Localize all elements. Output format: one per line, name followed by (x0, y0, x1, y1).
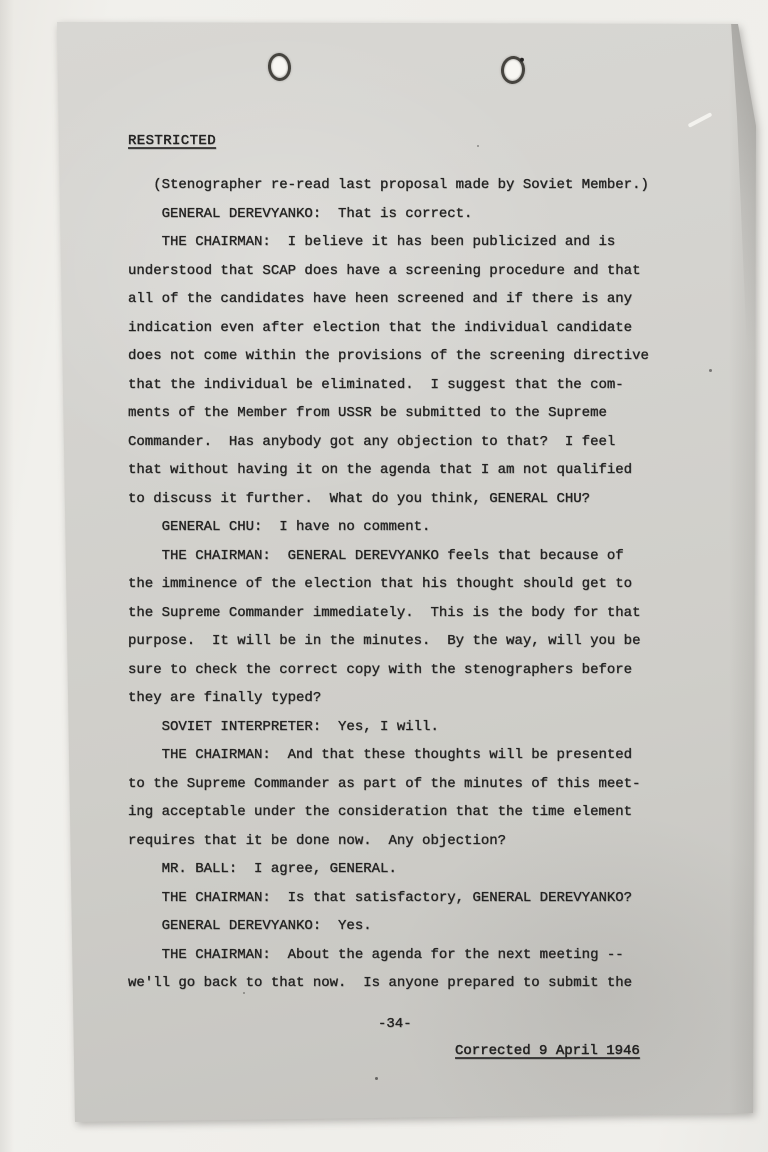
typed-line: SOVIET INTERPRETER: Yes, I will. (128, 713, 649, 742)
typed-line: that the individual be eliminated. I sug… (128, 371, 649, 400)
typed-line: requires that it be done now. Any object… (128, 827, 649, 856)
page-wrapper: RESTRICTED (Stenographer re-read last pr… (57, 22, 759, 1126)
dust-speck (375, 1077, 378, 1080)
typed-line: THE CHAIRMAN: I believe it has been publ… (128, 228, 649, 257)
typed-line: we'll go back to that now. Is anyone pre… (128, 969, 649, 998)
dust-speck (477, 145, 479, 147)
scan-edge-shading (0, 0, 14, 1152)
typed-line: understood that SCAP does have a screeni… (128, 257, 649, 286)
typed-line: indication even after election that the … (128, 314, 649, 343)
scanned-page: RESTRICTED (Stenographer re-read last pr… (57, 22, 757, 1124)
folded-corner-shading (717, 22, 757, 352)
typed-line: THE CHAIRMAN: Is that satisfactory, GENE… (128, 884, 649, 913)
typed-line: THE CHAIRMAN: About the agenda for the n… (128, 941, 649, 970)
typed-line: GENERAL CHU: I have no comment. (128, 513, 649, 542)
typed-line: (Stenographer re-read last proposal made… (128, 171, 649, 200)
typed-line: the Supreme Commander immediately. This … (128, 599, 649, 628)
typed-line: they are finally typed? (128, 684, 649, 713)
typed-line: to the Supreme Commander as part of the … (128, 770, 649, 799)
typed-line: all of the candidates have heen screened… (128, 285, 649, 314)
typed-line: ments of the Member from USSR be submitt… (128, 399, 649, 428)
paper-scratch (688, 112, 713, 128)
typed-line: MR. BALL: I agree, GENERAL. (128, 855, 649, 884)
typed-line: that without having it on the agenda tha… (128, 456, 649, 485)
typed-line: to discuss it further. What do you think… (128, 485, 649, 514)
typed-line: THE CHAIRMAN: And that these thoughts wi… (128, 741, 649, 770)
typed-line: ing acceptable under the consideration t… (128, 798, 649, 827)
typed-line: the imminence of the election that his t… (128, 570, 649, 599)
punch-hole-icon (500, 55, 526, 85)
classification-marking: RESTRICTED (128, 133, 216, 149)
typed-line: purpose. It will be in the minutes. By t… (128, 627, 649, 656)
scanned-document: RESTRICTED (Stenographer re-read last pr… (0, 0, 768, 1152)
typed-line: THE CHAIRMAN: GENERAL DEREVYANKO feels t… (128, 542, 649, 571)
typed-line: GENERAL DEREVYANKO: That is correct. (128, 200, 649, 229)
page-body-text: (Stenographer re-read last proposal made… (128, 171, 649, 998)
dust-speck (709, 369, 712, 372)
typed-line: Commander. Has anybody got any objection… (128, 428, 649, 457)
typed-line: does not come within the provisions of t… (128, 342, 649, 371)
typed-line: sure to check the correct copy with the … (128, 656, 649, 685)
typed-line: GENERAL DEREVYANKO: Yes. (128, 912, 649, 941)
correction-note: Corrected 9 April 1946 (455, 1043, 640, 1059)
punch-hole-icon (267, 52, 293, 82)
page-number: -34- (378, 1016, 412, 1032)
